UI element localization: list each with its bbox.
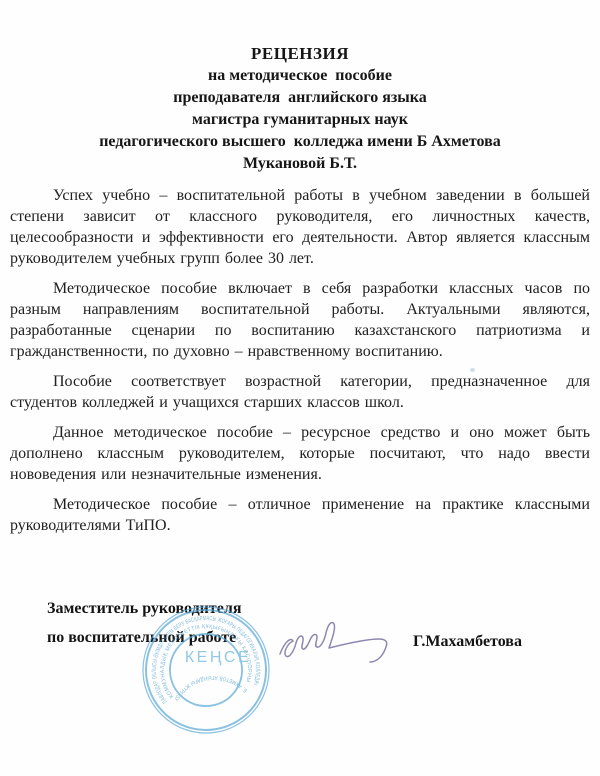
subtitle-line: педагогического высшего колледжа имени Б… bbox=[0, 131, 600, 153]
svg-text:Б. АХМЕТОВ АТЫНДАҒЫ ЖҮРГІЗУ: Б. АХМЕТОВ АТЫНДАҒЫ ЖҮРГІЗУ bbox=[169, 668, 249, 704]
paragraph-1: Успех учебно – воспитательной работы в у… bbox=[10, 185, 590, 269]
subtitle-line: на методическое пособие bbox=[0, 65, 600, 87]
subtitle-line: Мукановой Б.Т. bbox=[0, 153, 600, 175]
document-body: Успех учебно – воспитательной работы в у… bbox=[10, 185, 590, 536]
signer-name: Г.Махамбетова bbox=[413, 633, 522, 651]
page-title: РЕЦЕНЗИЯ bbox=[0, 43, 600, 65]
subtitle-line: преподавателя английского языка bbox=[0, 87, 600, 109]
signature-block: Заместитель руководителя по воспитательн… bbox=[0, 560, 600, 776]
paragraph-4: Данное методическое пособие – ресурсное … bbox=[10, 422, 590, 485]
paragraph-2: Методическое пособие включает в себя раз… bbox=[10, 278, 590, 362]
office-round-stamp: ПАВЛОДАР ОБЛЫСЫ ӘКІМДІГІ БІЛІМ БЕРУ БАСҚ… bbox=[141, 602, 271, 738]
scanned-review-document: РЕЦЕНЗИЯ на методическое пособие препода… bbox=[0, 0, 600, 776]
paragraph-3: Пособие соответствует возрастной категор… bbox=[10, 371, 590, 413]
scan-speck bbox=[470, 368, 475, 372]
document-header: РЕЦЕНЗИЯ на методическое пособие препода… bbox=[0, 0, 600, 175]
stamp-center-label: КЕҢСЕ bbox=[185, 649, 251, 666]
handwritten-signature bbox=[262, 604, 402, 674]
stamp-ring-text-bottom: Б. АХМЕТОВ АТЫНДАҒЫ ЖҮРГІЗУ bbox=[169, 668, 249, 704]
subtitle-line: магистра гуманитарных наук bbox=[0, 109, 600, 131]
paragraph-5: Методическое пособие – отличное применен… bbox=[10, 494, 590, 536]
